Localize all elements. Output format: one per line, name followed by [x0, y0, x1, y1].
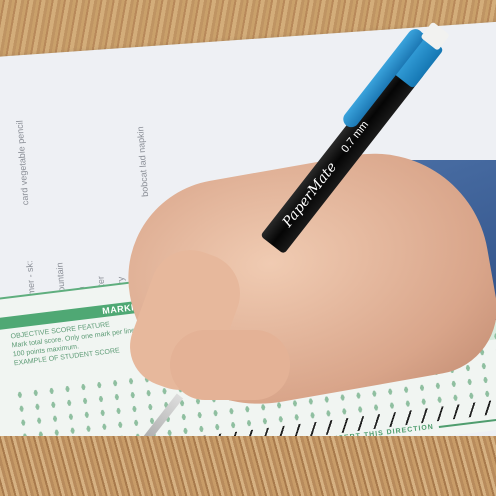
thumb [170, 330, 290, 400]
worksheet-label: card vegetable pencil [14, 120, 30, 206]
photo-scene: card vegetable pencil bobcat lad napkin … [0, 0, 496, 496]
worksheet-label: bobcat lad napkin [135, 126, 150, 197]
desk-edge [0, 436, 496, 496]
